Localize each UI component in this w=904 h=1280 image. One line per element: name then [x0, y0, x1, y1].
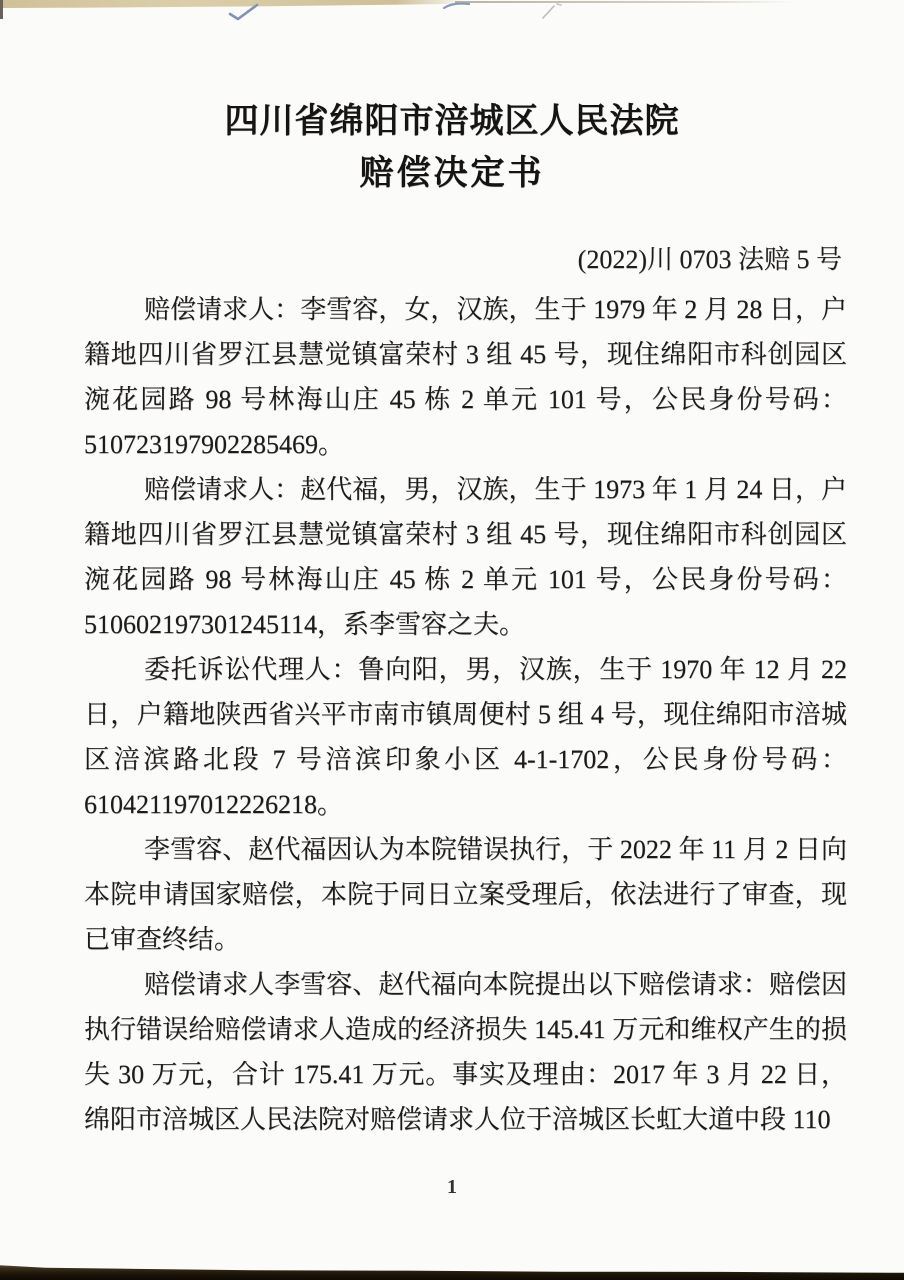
document-type-title: 赔偿决定书 [0, 148, 904, 200]
court-name-title: 四川省绵阳市涪城区人民法院 [0, 96, 904, 148]
page-corner-mark [0, 0, 3, 19]
scanned-document-page: 四川省绵阳市涪城区人民法院 赔偿决定书 (2022)川 0703 法赔 5 号 … [0, 0, 904, 1280]
document-body: 赔偿请求人：李雪容，女，汉族，生于 1979 年 2 月 28 日，户籍地四川省… [84, 287, 847, 1142]
paragraph-claimant-1: 赔偿请求人：李雪容，女，汉族，生于 1979 年 2 月 28 日，户籍地四川省… [84, 287, 847, 467]
document-header: 四川省绵阳市涪城区人民法院 赔偿决定书 [0, 0, 904, 200]
pen-slash-icon [540, 1, 564, 21]
paragraph-case-filing: 李雪容、赵代福因认为本院错误执行，于 2022 年 11 月 2 日向本院申请国… [84, 827, 847, 962]
scanner-edge-line [455, 1, 793, 3]
page-number: 1 [0, 1176, 904, 1199]
pen-checkmark-icon [227, 2, 261, 24]
paragraph-claimant-2: 赔偿请求人：赵代福，男，汉族，生于 1973 年 1 月 24 日，户籍地四川省… [84, 467, 847, 647]
pen-dash-icon [443, 0, 471, 11]
paragraph-claims: 赔偿请求人李雪容、赵代福向本院提出以下赔偿请求：赔偿因执行错误给赔偿请求人造成的… [84, 962, 847, 1142]
scanner-edge-artifact-bottom [0, 1262, 904, 1280]
paragraph-agent: 委托诉讼代理人：鲁向阳，男，汉族，生于 1970 年 12 月 22 日，户籍地… [84, 647, 847, 827]
case-number: (2022)川 0703 法赔 5 号 [0, 247, 904, 273]
